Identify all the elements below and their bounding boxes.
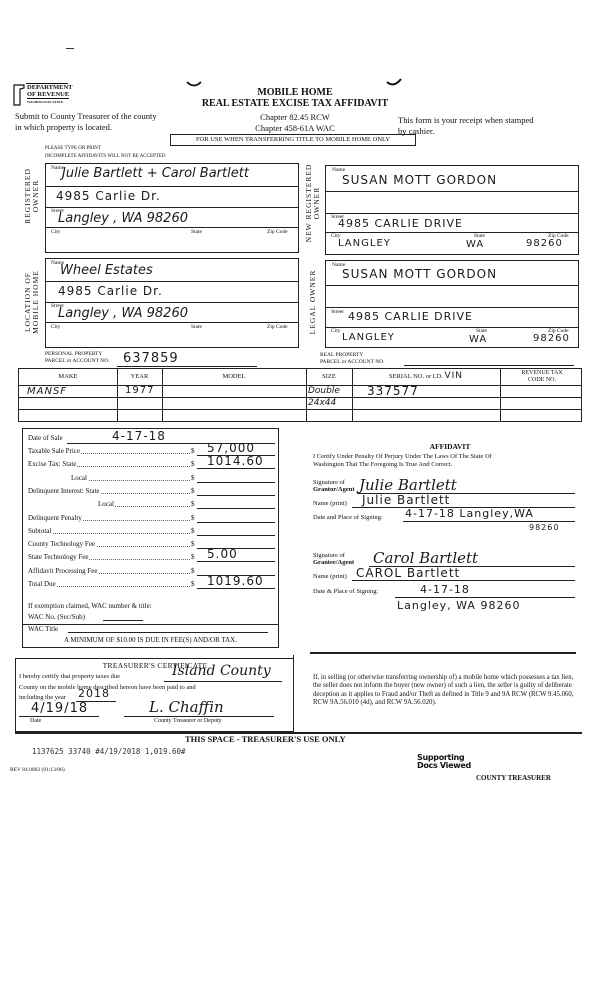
date-of-sale-label: Date of Sale	[28, 434, 63, 442]
dollar-sign: $	[191, 527, 195, 535]
city-label: City	[51, 324, 60, 330]
tax-line-field[interactable]: 1014.60	[197, 458, 275, 469]
grantor-sig-label-2: Grantor/Agent	[313, 486, 355, 493]
col-header-model: MODEL	[162, 373, 306, 380]
separator-line	[310, 652, 576, 654]
legal-owner-street-field[interactable]: 4985 CARLIE DRIVE	[348, 310, 473, 323]
cert-date-label: Date	[30, 718, 41, 724]
grantee-sig-label-2: Grantee/Agent	[313, 559, 354, 566]
dollar-sign: $	[191, 540, 195, 548]
affidavit-title: AFFIDAVIT	[400, 442, 500, 451]
mobile-home-table: MAKE YEAR MODEL SIZE SERIAL NO. or I.D. …	[18, 368, 582, 422]
real-parcel-field[interactable]	[404, 356, 574, 366]
cert-date-field[interactable]: 4/19/18	[19, 703, 99, 717]
treasurer-use-only-label: THIS SPACE - TREASURER'S USE ONLY	[185, 734, 346, 744]
dollar-sign: $	[191, 500, 195, 508]
personal-parcel-label-1: PERSONAL PROPERTY	[45, 351, 102, 357]
grantee-sig-label-1: Signature of	[313, 552, 345, 559]
tax-line-field[interactable]	[197, 512, 275, 523]
dept-line1: DEPARTMENT	[27, 84, 73, 91]
treasurer-cert-line3: including the year	[19, 694, 66, 701]
legal-owner-state-field[interactable]: WA	[469, 334, 487, 345]
registered-owner-city-field[interactable]: Langley , WA 98260	[58, 211, 188, 226]
wac-title-label: WAC Title	[28, 625, 58, 633]
dollar-sign: $	[191, 487, 195, 495]
wac-no-field[interactable]	[103, 612, 143, 621]
tax-line-label: Excise Tax: State	[28, 460, 77, 468]
new-owner-state-field[interactable]: WA	[466, 239, 484, 250]
tax-line-label: Delinquent Interest: State	[28, 487, 101, 495]
grantee-signature-field[interactable]: Carol Bartlett	[369, 553, 575, 567]
year-cell[interactable]: 1977	[125, 385, 154, 396]
tax-box-extension: WAC Title A MINIMUM OF $10.00 IS DUE IN …	[22, 623, 279, 648]
grantee-signature: Carol Bartlett	[373, 549, 478, 567]
affidavit-certify-1: I Certify Under Penalty Of Perjury Under…	[313, 453, 492, 461]
location-address-field[interactable]: 4985 Carlie Dr.	[58, 284, 163, 298]
grantee-date-value: 4-17-18	[420, 583, 470, 596]
col-header-year: YEAR	[117, 373, 162, 380]
city-label: City	[51, 229, 60, 235]
tax-line-field[interactable]: 5.00	[197, 551, 275, 562]
treasurer-sig-label: County Treasurer or Deputy	[154, 718, 222, 724]
stray-mark	[66, 48, 74, 49]
tax-line-label: Total Due	[28, 580, 57, 588]
tax-line-label: Local	[98, 500, 115, 508]
mobile-home-only-banner: FOR USE WHEN TRANSFERRING TITLE TO MOBIL…	[170, 134, 416, 146]
make-cell[interactable]: MANSF	[27, 386, 67, 397]
tax-line-label: Taxable Sale Price	[28, 447, 81, 455]
dollar-sign: $	[191, 580, 195, 588]
affidavit-certify-2: Washington That The Foregoing Is True An…	[313, 461, 452, 469]
rev-form-number: REV 84 0003 (01/13/06)	[10, 767, 65, 773]
location-name-field[interactable]: Wheel Estates	[60, 263, 153, 278]
grantor-signature-field[interactable]: Julie Bartlett	[357, 480, 575, 494]
location-city-field[interactable]: Langley , WA 98260	[58, 306, 188, 321]
dollar-sign: $	[191, 567, 195, 575]
county-treasurer-label: COUNTY TREASURER	[476, 774, 551, 782]
serial-cell[interactable]: 337577	[367, 384, 419, 398]
new-owner-city-field[interactable]: LANGLEY	[338, 238, 391, 249]
exemption-label: If exemption claimed, WAC number & title…	[28, 602, 152, 610]
personal-parcel-value: 637859	[123, 351, 179, 366]
tax-line-field[interactable]: 1019.60	[197, 578, 275, 589]
new-owner-street-field[interactable]: 4985 CARLIE DRIVE	[338, 217, 463, 230]
location-section-label: LOCATION OF MOBILE HOME	[24, 262, 40, 342]
zip-label: Zip Code	[267, 324, 288, 330]
state-label: State	[191, 324, 202, 330]
dollar-sign: $	[191, 447, 195, 455]
stamp-line-2: Docs Viewed	[417, 762, 471, 770]
washington-state-icon	[12, 83, 26, 107]
real-parcel-label-2: PARCEL or ACCOUNT NO.	[320, 359, 385, 365]
serial-header-label: SERIAL NO. or I.D.	[389, 373, 443, 380]
tax-line-field[interactable]	[197, 472, 275, 483]
city-label: City	[331, 328, 340, 334]
personal-parcel-field[interactable]: 637859	[117, 352, 257, 367]
registered-owner-section-label: REGISTERED OWNER	[24, 166, 40, 226]
tax-line-value: 5.00	[207, 547, 238, 561]
tax-line-label: Delinquent Penalty	[28, 514, 83, 522]
legal-owner-zip-field[interactable]: 98260	[533, 333, 570, 344]
tax-line-label: County Technology Fee	[28, 540, 96, 548]
col-header-size: SIZE	[306, 373, 352, 380]
grantee-date-label: Date & Place of Signing:	[313, 588, 378, 595]
tax-year-value: 2018	[78, 687, 110, 700]
grantor-signature: Julie Bartlett	[359, 476, 457, 494]
dept-line3: WASHINGTON STATE	[27, 100, 63, 104]
tax-line-label: Affidavit Processing Fee	[28, 567, 98, 575]
col-header-revenue-code: REVENUE TAX CODE NO.	[514, 370, 570, 384]
real-parcel-label-1: REAL PROPERTY	[320, 352, 363, 358]
legal-owner-box: Name SUSAN MOTT GORDON Street 4985 CARLI…	[325, 260, 579, 348]
street-label: Street	[331, 309, 344, 315]
grantee-place-value: Langley, WA 98260	[397, 599, 520, 612]
type-or-print-note: PLEASE TYPE OR PRINT	[45, 146, 101, 152]
county-value: Island County	[172, 663, 271, 679]
registered-owner-address-field[interactable]: 4985 Carlie Dr.	[56, 189, 161, 203]
grantor-zip-value: 98260	[529, 523, 559, 532]
tax-line-value: 1014.60	[207, 454, 264, 468]
grantor-date-place-value: 4-17-18 Langley,WA	[405, 507, 534, 520]
leader-dots	[75, 480, 190, 481]
treasurer-cert-line1: I hereby certify that property taxes due	[19, 673, 120, 680]
grantor-date-place-field[interactable]: 4-17-18 Langley,WA	[403, 510, 575, 522]
tax-line-value: 1019.60	[207, 574, 264, 588]
tax-line-label: Local	[71, 474, 88, 482]
treasurer-signature-field[interactable]: L. Chaffin	[124, 703, 274, 717]
dollar-sign: $	[191, 553, 195, 561]
supporting-docs-stamp: Supporting Docs Viewed	[417, 754, 471, 770]
zip-label: Zip Code	[267, 229, 288, 235]
grantor-date-label: Date and Place of Signing:	[313, 514, 383, 521]
grantor-name-label: Name (print)	[313, 500, 347, 507]
grantee-name-field[interactable]: CAROL Bartlett	[352, 569, 575, 581]
receipt-stamp: 1137625 33740 #4/19/2018 1,019.60#	[32, 747, 186, 756]
location-box: Name Wheel Estates 4985 Carlie Dr. Stree…	[45, 258, 299, 348]
minimum-due-note: A MINIMUM OF $10.00 IS DUE IN FEE(S) AND…	[23, 636, 278, 644]
dept-line2: OF REVENUE	[27, 91, 69, 99]
treasurer-signature: L. Chaffin	[149, 698, 224, 716]
dollar-sign: $	[191, 514, 195, 522]
receipt-note-1: This form is your receipt when stamped	[398, 115, 534, 125]
leader-dots	[32, 533, 190, 534]
legal-owner-section-label: LEGAL OWNER	[309, 267, 317, 337]
registered-label-2: OWNER	[32, 166, 40, 226]
dollar-sign: $	[191, 474, 195, 482]
tax-line-field[interactable]	[197, 485, 275, 496]
registered-owner-name-field[interactable]: Julie Bartlett + Carol Bartlett	[62, 166, 249, 181]
new-owner-name-field[interactable]: SUSAN MOTT GORDON	[342, 173, 497, 187]
grantee-date-field[interactable]: 4-17-18	[395, 587, 575, 598]
chapter-wac: Chapter 458-61A WAC	[220, 123, 370, 133]
submit-note-1: Submit to County Treasurer of the county	[15, 111, 157, 121]
size-cell-2[interactable]: 24x44	[308, 398, 336, 408]
registered-owner-box: Name Julie Bartlett + Carol Bartlett 498…	[45, 163, 299, 253]
grantor-sig-label-1: Signature of	[313, 479, 345, 486]
wac-title-field[interactable]	[68, 624, 268, 633]
dor-logo: DEPARTMENT OF REVENUE WASHINGTON STATE	[12, 83, 72, 109]
treasurer-certificate-box: TREASURER'S CERTIFICATE I hereby certify…	[15, 658, 294, 733]
chapter-rcw: Chapter 82.45 RCW	[220, 112, 370, 122]
leader-dots	[102, 506, 190, 507]
location-label-2: MOBILE HOME	[32, 262, 40, 342]
form-title-2: REAL ESTATE EXCISE TAX AFFIDAVIT	[180, 98, 410, 109]
tax-line-label: Subtotal	[28, 527, 52, 535]
col-header-serial: SERIAL NO. or I.D. VIN	[352, 371, 500, 381]
legal-owner-name-field[interactable]: SUSAN MOTT GORDON	[342, 267, 497, 281]
tax-calculation-box: Date of Sale 4-17-18 Taxable Sale Price$…	[22, 428, 279, 625]
submit-note-2: in which property is located.	[15, 122, 112, 132]
personal-parcel-label-2: PARCEL or ACCOUNT NO.	[45, 358, 110, 364]
wac-no-label: WAC No. (Sec/Sub)	[28, 613, 85, 621]
grantee-name-label: Name (print)	[313, 573, 347, 580]
form-title-1: MOBILE HOME	[200, 87, 390, 98]
state-label: State	[191, 229, 202, 235]
tax-line-field[interactable]	[197, 498, 275, 509]
serial-header-vin: VIN	[445, 371, 464, 381]
new-registered-owner-box: Name SUSAN MOTT GORDON Street 4985 CARLI…	[325, 165, 579, 255]
new-registered-owner-section-label: NEW REGISTERED OWNER	[305, 160, 321, 246]
tax-line-field[interactable]	[197, 525, 275, 536]
tax-line-value: 57,000	[207, 441, 255, 455]
legal-owner-city-field[interactable]: LANGLEY	[342, 332, 395, 343]
size-cell-1[interactable]: Double	[308, 386, 340, 396]
col-header-make: MAKE	[19, 373, 117, 380]
date-of-sale-value: 4-17-18	[112, 429, 166, 443]
dollar-sign: $	[191, 460, 195, 468]
grantor-name-value: Julie Bartlett	[362, 493, 450, 507]
new-registered-label-2: OWNER	[313, 160, 321, 246]
incomplete-note: INCOMPLETE AFFIDAVITS WILL NOT BE ACCEPT…	[45, 154, 166, 160]
new-owner-zip-field[interactable]: 98260	[526, 238, 563, 249]
county-field[interactable]: Island County	[164, 671, 282, 682]
cert-date-value: 4/19/18	[31, 701, 88, 716]
grantee-name-value: CAROL Bartlett	[356, 566, 460, 580]
tax-line-label: State Technology Fee	[28, 553, 89, 561]
tax-lien-warning: If, in selling (or otherwise transferrin…	[313, 674, 581, 707]
